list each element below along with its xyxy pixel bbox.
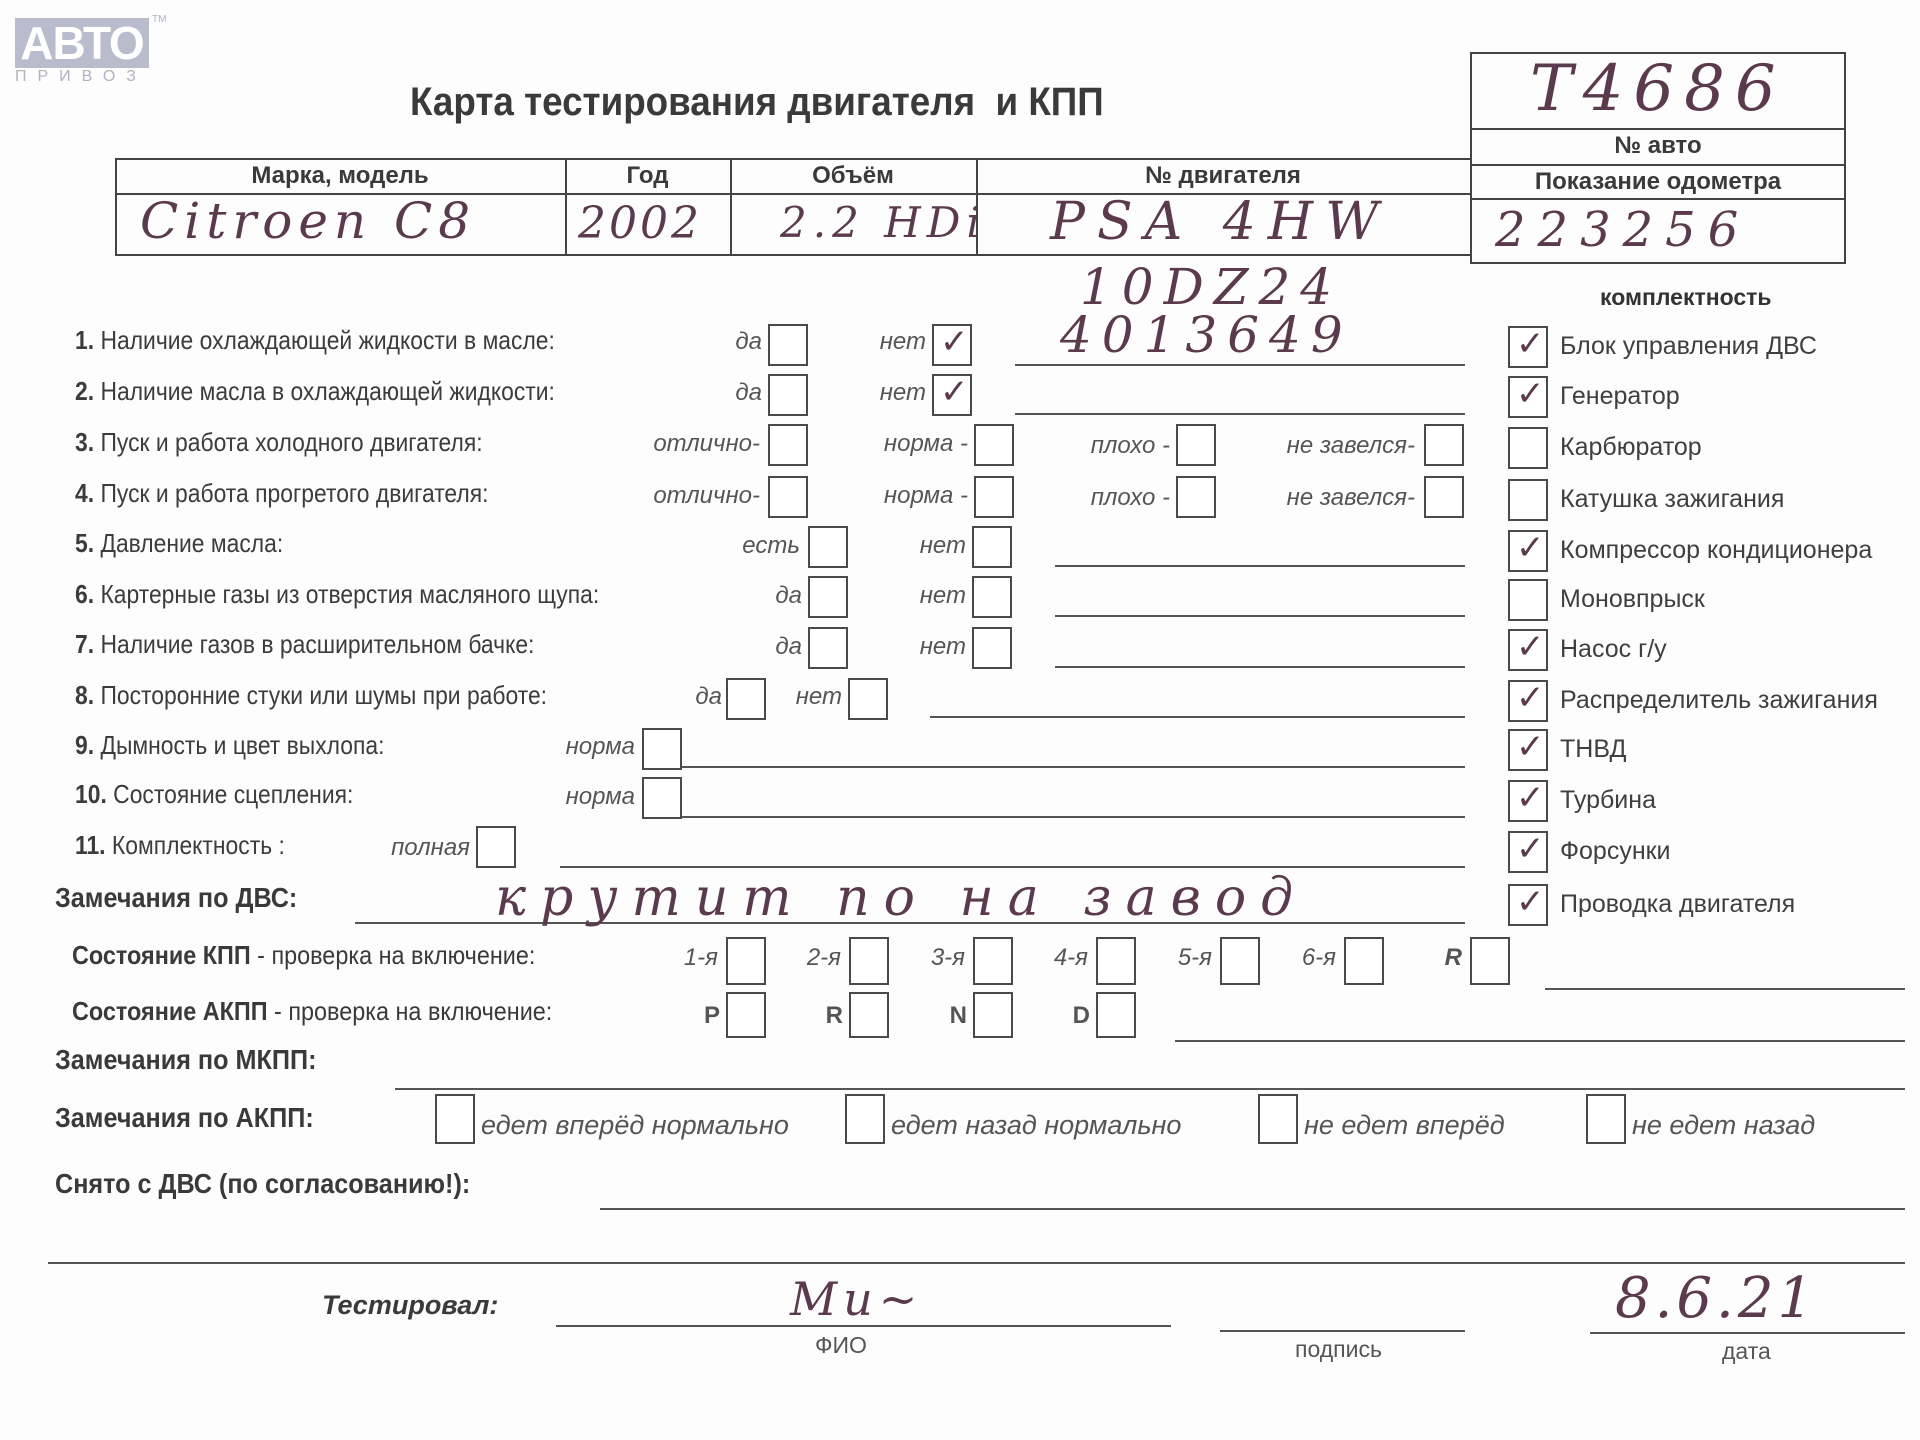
akpp-remark-checkbox[interactable] (1258, 1094, 1298, 1144)
check-row-6-option-yes-label: да (740, 582, 802, 610)
manual-gear-label: 4-я (1026, 944, 1088, 972)
manual-gear-checkbox[interactable] (1096, 937, 1136, 985)
car-number-value[interactable]: T4686 (1530, 52, 1786, 126)
check-row-3-option-no-start-label: не завелся- (1240, 432, 1415, 460)
check-row-4-option-bad-label: плохо - (1060, 484, 1170, 512)
column-header-year: Год (565, 162, 730, 190)
date-value[interactable]: 8.6.21 (1615, 1266, 1817, 1331)
mkpp-remarks-field[interactable] (395, 1088, 1905, 1090)
manual-gear-checkbox[interactable] (1470, 937, 1510, 985)
kit-item-label: Насос г/у (1560, 635, 1667, 664)
manual-gear-label: 3-я (903, 944, 965, 972)
check-row-4-normal-checkbox[interactable] (974, 476, 1014, 518)
signature-caption: подпись (1295, 1336, 1382, 1363)
check-row-9-label: 9. Дымность и цвет выхлопа: (75, 730, 384, 761)
auto-gear-position-label: R (809, 1002, 843, 1030)
kit-item-label: Генератор (1560, 382, 1680, 411)
manual-gear-label: 1-я (656, 944, 718, 972)
engine-number-value[interactable]: PSA 4HW (1050, 192, 1391, 252)
make-model-value[interactable]: Citroen C8 (140, 192, 476, 250)
kit-item-label: Блок управления ДВС (1560, 332, 1817, 361)
akpp-remark-label: едет назад нормально (891, 1110, 1181, 1141)
check-row-3-no-start-checkbox[interactable] (1424, 424, 1464, 466)
check-row-6-yes-checkbox[interactable] (808, 576, 848, 618)
kit-item-label: Распределитель зажигания (1560, 686, 1878, 715)
kit-item-checkbox[interactable] (1508, 376, 1548, 418)
manual-gearbox-label: Состояние КПП - проверка на включение: (72, 940, 535, 971)
engine-remarks-label: Замечания по ДВС: (55, 882, 297, 914)
check-row-4-option-normal-label: норма - (850, 482, 968, 510)
date-caption: дата (1722, 1338, 1771, 1365)
removed-label: Снято с ДВС (по согласованию!): (55, 1168, 470, 1200)
auto-gear-position-checkbox[interactable] (726, 992, 766, 1038)
odometer-label: Показание одометра (1470, 168, 1846, 196)
check-row-1-label: 1. Наличие охлаждающей жидкости в масле: (75, 325, 555, 356)
column-header-volume: Объём (730, 162, 976, 190)
tester-name-value[interactable]: Ми~ (790, 1272, 923, 1326)
check-row-6-label: 6. Картерные газы из отверстия масляного… (75, 579, 599, 610)
kit-item-label: Компрессор кондиционера (1560, 536, 1872, 565)
check-row-5-option-present-label: есть (720, 532, 800, 560)
check-row-10-normal-checkbox[interactable] (642, 777, 682, 819)
manual-gear-label: 2-я (779, 944, 841, 972)
akpp-remark-label: едет вперёд нормально (481, 1110, 789, 1141)
check-row-7-no-checkbox[interactable] (972, 627, 1012, 669)
check-row-1-no-checkbox[interactable] (932, 324, 972, 366)
column-header-make-model: Марка, модель (115, 162, 565, 190)
column-header-engine-number: № двигателя (976, 162, 1470, 190)
check-row-10-label: 10. Состояние сцепления: (75, 779, 353, 810)
check-row-6-no-checkbox[interactable] (972, 576, 1012, 618)
check-row-5-no-checkbox[interactable] (972, 526, 1012, 568)
auto-gear-position-label: D (1056, 1002, 1090, 1030)
auto-gearbox-label: Состояние АКПП - проверка на включение: (72, 996, 552, 1027)
kit-item-checkbox[interactable] (1508, 579, 1548, 621)
odometer-value[interactable]: 223256 (1495, 202, 1750, 258)
akpp-remark-checkbox[interactable] (435, 1094, 475, 1144)
check-row-4-excellent-checkbox[interactable] (768, 476, 808, 518)
auto-gear-position-label: N (933, 1002, 967, 1030)
check-row-5-present-checkbox[interactable] (808, 526, 848, 568)
check-row-3-option-excellent-label: отлично- (630, 430, 760, 458)
brand-logo: АВТО (15, 18, 149, 68)
check-row-2-label: 2. Наличие масла в охлаждающей жидкости: (75, 376, 555, 407)
check-row-2-option-yes-label: да (700, 379, 762, 407)
check-row-8-yes-checkbox[interactable] (726, 678, 766, 720)
auto-gear-position-checkbox[interactable] (1096, 992, 1136, 1038)
check-row-8-option-yes-label: да (660, 683, 722, 711)
check-row-3-bad-checkbox[interactable] (1176, 424, 1216, 466)
check-row-4-bad-checkbox[interactable] (1176, 476, 1216, 518)
kit-item-label: Моновпрыск (1560, 585, 1705, 614)
signature-field[interactable] (1220, 1330, 1465, 1332)
check-row-8-no-checkbox[interactable] (848, 678, 888, 720)
page-title: Карта тестирования двигателя и КПП (410, 80, 1104, 125)
check-row-3-normal-checkbox[interactable] (974, 424, 1014, 466)
kit-item-checkbox[interactable] (1508, 884, 1548, 926)
kit-item-checkbox[interactable] (1508, 479, 1548, 521)
check-row-11-full-checkbox[interactable] (476, 826, 516, 868)
kit-item-checkbox[interactable] (1508, 780, 1548, 822)
trademark-mark: TM (152, 14, 166, 25)
check-row-2-option-no-label: нет (860, 379, 926, 407)
check-row-11-label: 11. Комплектность : (75, 830, 285, 861)
check-row-4-option-no-start-label: не завелся- (1240, 484, 1415, 512)
kit-item-checkbox[interactable] (1508, 427, 1548, 469)
auto-gear-position-checkbox[interactable] (849, 992, 889, 1038)
check-row-8-label: 8. Посторонние стуки или шумы при работе… (75, 680, 547, 711)
kit-item-label: Форсунки (1560, 837, 1671, 866)
akpp-remark-checkbox[interactable] (845, 1094, 885, 1144)
check-row-5-option-no-label: нет (900, 532, 966, 560)
auto-gear-position-checkbox[interactable] (973, 992, 1013, 1038)
akpp-remarks-label: Замечания по АКПП: (55, 1102, 314, 1134)
check-row-9-normal-checkbox[interactable] (642, 728, 682, 770)
check-row-3-label: 3. Пуск и работа холодного двигателя: (75, 427, 483, 458)
manual-gear-checkbox[interactable] (726, 937, 766, 985)
check-row-7-option-yes-label: да (740, 633, 802, 661)
kit-item-label: ТНВД (1560, 735, 1626, 764)
check-row-8-option-no-label: нет (776, 683, 842, 711)
kit-item-checkbox[interactable] (1508, 326, 1548, 368)
engine-number-extra-2[interactable]: 4013649 (1060, 306, 1353, 364)
kit-item-checkbox[interactable] (1508, 629, 1548, 671)
manual-gear-checkbox[interactable] (1220, 937, 1260, 985)
check-row-3-excellent-checkbox[interactable] (768, 424, 808, 466)
volume-value[interactable]: 2.2 HDi (780, 198, 986, 247)
name-caption: ФИО (815, 1332, 867, 1359)
check-row-11-option-full-label: полная (375, 834, 470, 862)
check-row-5-label: 5. Давление масла: (75, 528, 283, 559)
auto-gear-position-label: P (686, 1002, 720, 1030)
kit-title: комплектность (1600, 284, 1772, 311)
tested-by-label: Тестировал: (322, 1290, 498, 1321)
check-row-2-no-checkbox[interactable] (932, 374, 972, 416)
manual-gear-checkbox[interactable] (973, 937, 1013, 985)
check-row-2-yes-checkbox[interactable] (768, 374, 808, 416)
manual-gear-label: R (1400, 944, 1462, 972)
check-row-4-option-excellent-label: отлично- (630, 482, 760, 510)
kit-item-label: Проводка двигателя (1560, 890, 1795, 919)
kit-item-checkbox[interactable] (1508, 729, 1548, 771)
check-row-10-option-normal-label: норма (540, 783, 635, 811)
year-value[interactable]: 2002 (578, 198, 702, 249)
manual-gear-label: 6-я (1274, 944, 1336, 972)
check-row-4-no-start-checkbox[interactable] (1424, 476, 1464, 518)
manual-gear-checkbox[interactable] (849, 937, 889, 985)
check-row-3-option-normal-label: норма - (850, 430, 968, 458)
check-row-1-option-no-label: нет (860, 328, 926, 356)
akpp-remark-label: не едет назад (1632, 1110, 1815, 1141)
check-row-9-option-normal-label: норма (540, 733, 635, 761)
kit-item-checkbox[interactable] (1508, 831, 1548, 873)
kit-item-label: Турбина (1560, 786, 1656, 815)
manual-gear-checkbox[interactable] (1344, 937, 1384, 985)
akpp-remark-label: не едет вперёд (1304, 1110, 1505, 1141)
check-row-3-option-bad-label: плохо - (1060, 432, 1170, 460)
kit-item-checkbox[interactable] (1508, 530, 1548, 572)
check-row-7-label: 7. Наличие газов в расширительном бачке: (75, 629, 534, 660)
engine-remarks-value[interactable]: крутит по на завод (495, 868, 1307, 928)
mkpp-remarks-label: Замечания по МКПП: (55, 1044, 317, 1076)
removed-field[interactable] (600, 1208, 1905, 1210)
check-row-1-option-yes-label: да (700, 328, 762, 356)
check-row-4-label: 4. Пуск и работа прогретого двигателя: (75, 478, 488, 509)
check-row-7-option-no-label: нет (900, 633, 966, 661)
check-row-7-yes-checkbox[interactable] (808, 627, 848, 669)
check-row-6-option-no-label: нет (900, 582, 966, 610)
manual-gear-label: 5-я (1150, 944, 1212, 972)
kit-item-label: Катушка зажигания (1560, 485, 1784, 514)
check-row-1-yes-checkbox[interactable] (768, 324, 808, 366)
kit-item-label: Карбюратор (1560, 433, 1702, 462)
car-number-label: № авто (1470, 132, 1846, 160)
kit-item-checkbox[interactable] (1508, 680, 1548, 722)
brand-logo-subtitle: ПРИВОЗ (15, 68, 155, 86)
akpp-remark-checkbox[interactable] (1586, 1094, 1626, 1144)
